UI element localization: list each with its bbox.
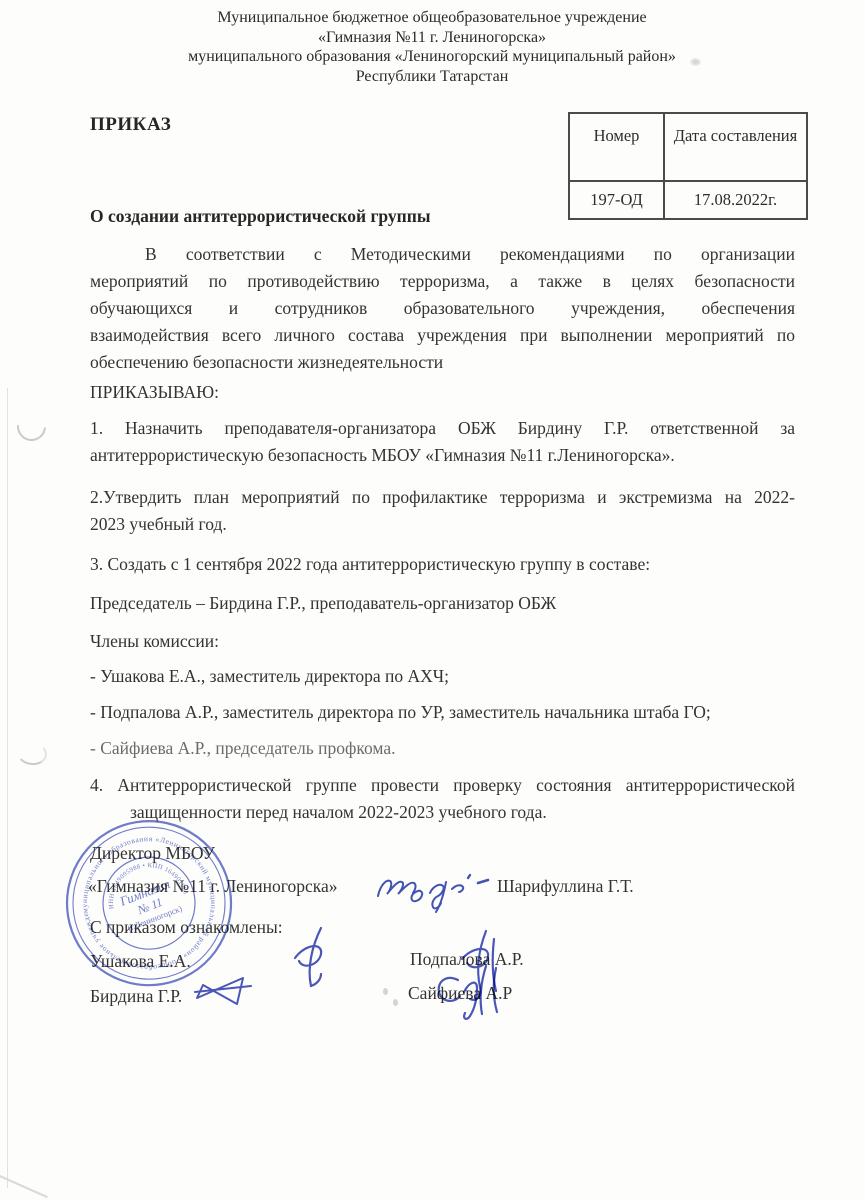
page-edge-shadow [7, 388, 8, 1188]
org-header-line-2: «Гимназия №11 г. Лениногорска» [62, 28, 802, 48]
intro-line: обеспечению безопасности жизнедеятельнос… [90, 349, 795, 376]
member-item-3: - Сайфиева А.Р., председатель профкома. [90, 735, 795, 762]
item2-line: 2023 учебный год. [90, 511, 795, 538]
official-stamp: муниципального образования «Лениногорски… [47, 803, 252, 1003]
punch-hole-top [11, 406, 52, 447]
org-header-line-1: Муниципальное бюджетное общеобразователь… [62, 8, 802, 28]
director-name: Шарифуллина Г.Т. [497, 876, 634, 897]
order-number-table: Номер Дата составления 197-ОД 17.08.2022… [568, 112, 808, 220]
pencil-mark [393, 999, 398, 1006]
order-number-value: 197-ОД [569, 181, 664, 219]
table-header-date: Дата составления [664, 113, 807, 181]
members-label: Члены комиссии: [90, 628, 795, 655]
order-item-1: 1. Назначить преподавателя-организатора … [90, 415, 795, 469]
item1-line: антитеррористическую безопасность МБОУ «… [90, 442, 795, 469]
order-title: ПРИКАЗ [90, 114, 171, 136]
item2-line: 2.Утвердить план мероприятий по профилак… [90, 484, 795, 511]
pencil-mark [383, 988, 388, 995]
intro-line: В соответствии с Методическими рекоменда… [90, 241, 795, 268]
item1-line: 1. Назначить преподавателя-организатора … [90, 415, 795, 442]
member-item-2: - Подпалова А.Р., заместитель директора … [90, 699, 795, 726]
document-page: Муниципальное бюджетное общеобразователь… [0, 0, 865, 1200]
decree-word: ПРИКАЗЫВАЮ: [90, 379, 795, 406]
chairman-line: Председатель – Бирдина Г.Р., преподавате… [90, 590, 795, 617]
table-header-number: Номер [569, 113, 664, 181]
item4-line: 4. Антитеррористической группе провести … [90, 772, 795, 799]
member-item-1: - Ушакова Е.А., заместитель директора по… [90, 663, 795, 690]
ushakova-signature [283, 924, 345, 990]
scan-speck [690, 58, 701, 66]
intro-line: взаимодействия всего личного состава учр… [90, 322, 795, 349]
org-header-line-4: Республики Татарстан [62, 67, 802, 87]
punch-hole-bottom [16, 740, 49, 767]
intro-line: обучающихся и сотрудников образовательно… [90, 295, 795, 322]
sayfieva-signature [428, 960, 506, 1024]
intro-paragraph: В соответствии с Методическими рекоменда… [90, 241, 795, 376]
director-signature [372, 862, 507, 914]
order-date-value: 17.08.2022г. [664, 181, 807, 219]
intro-line: мероприятий по противодействию терроризм… [90, 268, 795, 295]
order-item-2: 2.Утвердить план мероприятий по профилак… [90, 484, 795, 538]
order-subject: О создании антитеррористической группы [90, 206, 431, 227]
order-item-3: 3. Создать с 1 сентября 2022 года антите… [90, 551, 795, 578]
org-header: Муниципальное бюджетное общеобразователь… [62, 8, 802, 86]
